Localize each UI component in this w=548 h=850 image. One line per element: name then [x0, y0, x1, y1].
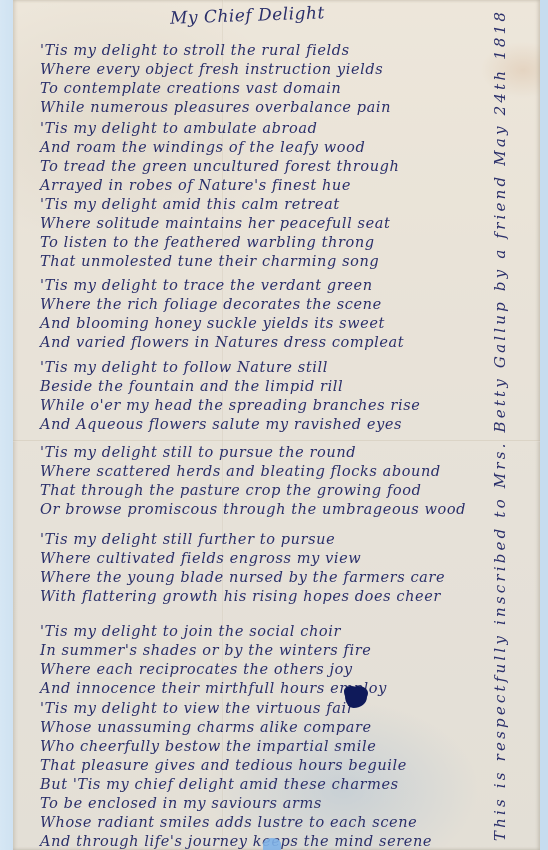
- poem-line: Whose radiant smiles adds lustre to each…: [40, 814, 480, 833]
- poem-line: While numerous pleasures overbalance pai…: [40, 99, 480, 118]
- poem-line: 'Tis my delight still further to pursue: [40, 531, 480, 550]
- poem-line: Where cultivated fields engross my view: [40, 550, 480, 569]
- poem-line: 'Tis my delight to view the virtuous fai…: [40, 700, 480, 719]
- stanza-1: 'Tis my delight to stroll the rural fiel…: [40, 42, 480, 118]
- poem-line: And innocence their mirthfull hours empl…: [40, 680, 480, 699]
- stanza-7: 'Tis my delight still further to pursueW…: [40, 531, 480, 607]
- stanza-9: 'Tis my delight to view the virtuous fai…: [40, 700, 480, 850]
- poem-line: 'Tis my delight amid this calm retreat: [40, 196, 480, 215]
- poem-line: Where the young blade nursed by the farm…: [40, 569, 480, 588]
- poem-line: Where solitude maintains her peacefull s…: [40, 215, 480, 234]
- poem-line: 'Tis my delight to stroll the rural fiel…: [40, 42, 480, 61]
- poem-line: 'Tis my delight to trace the verdant gre…: [40, 277, 480, 296]
- poem-line: 'Tis my delight to ambulate abroad: [40, 120, 480, 139]
- poem-line: 'Tis my delight still to pursue the roun…: [40, 444, 480, 463]
- poem-line: Whose unassuming charms alike compare: [40, 719, 480, 738]
- poem-line: And Aqueous flowers salute my ravished e…: [40, 416, 480, 435]
- poem-line: And through life's journey keeps the min…: [40, 833, 480, 850]
- poem-line: While o'er my head the spreading branche…: [40, 397, 480, 416]
- poem-line: 'Tis my delight to follow Nature still: [40, 359, 480, 378]
- poem-line: But 'Tis my chief delight amid these cha…: [40, 776, 480, 795]
- blue-stain: [263, 838, 281, 850]
- poem-line: Where every object fresh instruction yie…: [40, 61, 480, 80]
- stanza-8: 'Tis my delight to join the social choir…: [40, 623, 480, 699]
- stanza-6: 'Tis my delight still to pursue the roun…: [40, 444, 480, 520]
- poem-line: And varied flowers in Natures dress comp…: [40, 334, 480, 353]
- stanza-4: 'Tis my delight to trace the verdant gre…: [40, 277, 480, 353]
- side-inscription: This is respectfully inscribed to Mrs. B…: [491, 9, 509, 841]
- poem-line: That unmolested tune their charming song: [40, 253, 480, 272]
- poem-line: To tread the green uncultured forest thr…: [40, 158, 480, 177]
- poem-line: Where scattered herds and bleating flock…: [40, 463, 480, 482]
- poem-line: 'Tis my delight to join the social choir: [40, 623, 480, 642]
- stanza-3: 'Tis my delight amid this calm retreatWh…: [40, 196, 480, 272]
- poem-line: To contemplate creations vast domain: [40, 80, 480, 99]
- stanza-2: 'Tis my delight to ambulate abroadAnd ro…: [40, 120, 480, 196]
- poem-line: Where each reciprocates the others joy: [40, 661, 480, 680]
- poem-line: To listen to the feathered warbling thro…: [40, 234, 480, 253]
- poem-line: And roam the windings of the leafy wood: [40, 139, 480, 158]
- poem-line: To be enclosed in my saviours arms: [40, 795, 480, 814]
- poem-line: Where the rich foliage decorates the sce…: [40, 296, 480, 315]
- poem-line: And blooming honey suckle yields its swe…: [40, 315, 480, 334]
- poem-line: That pleasure gives and tedious hours be…: [40, 757, 480, 776]
- poem-line: Arrayed in robes of Nature's finest hue: [40, 177, 480, 196]
- poem-line: In summer's shades or by the winters fir…: [40, 642, 480, 661]
- poem-line: Who cheerfully bestow the impartial smil…: [40, 738, 480, 757]
- poem-line: Beside the fountain and the limpid rill: [40, 378, 480, 397]
- paper-fold-horizontal: [13, 440, 540, 442]
- stanza-5: 'Tis my delight to follow Nature stillBe…: [40, 359, 480, 435]
- poem-line: That through the pasture crop the growin…: [40, 482, 480, 501]
- poem-line: Or browse promiscous through the umbrage…: [40, 501, 480, 520]
- side-inscription-container: This is respectfully inscribed to Mrs. B…: [480, 10, 520, 840]
- poem-line: With flattering growth his rising hopes …: [40, 588, 480, 607]
